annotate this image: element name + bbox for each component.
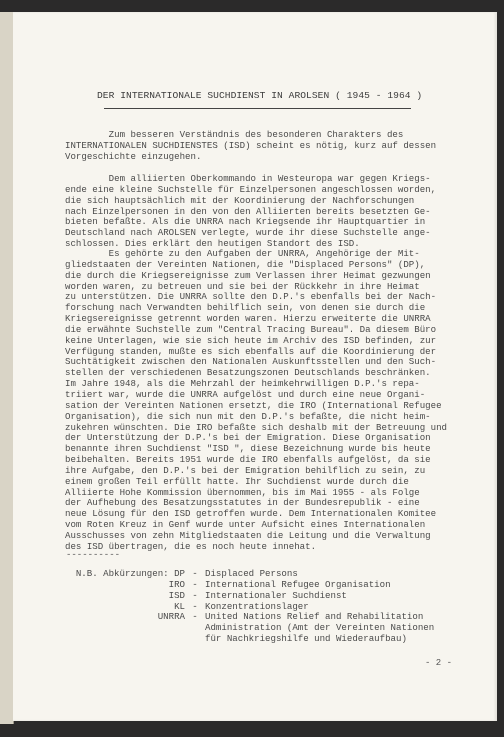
abbreviation-dash bbox=[185, 634, 205, 645]
abbreviation-term bbox=[65, 623, 185, 634]
abbreviation-term bbox=[65, 634, 185, 645]
text-line: Vorgeschichte einzugehen. bbox=[65, 152, 475, 163]
page-number: - 2 - bbox=[425, 658, 452, 668]
title-underline bbox=[104, 108, 411, 109]
adjacent-page-edge bbox=[0, 12, 14, 724]
abbreviation-term: UNRRA bbox=[65, 612, 185, 623]
abbreviation-definition: für Nachkriegshilfe und Wiederaufbau) bbox=[205, 634, 407, 645]
abbreviation-dash: - bbox=[185, 612, 205, 623]
abbreviations-list: N.B. Abkürzungen: DP-Displaced PersonsIR… bbox=[65, 569, 434, 645]
abbreviation-term: ISD bbox=[65, 591, 185, 602]
abbreviation-row: ISD-Internationaler Suchdienst bbox=[65, 591, 434, 602]
text-line: einem großen Teil erfüllt hatte. Ihr Suc… bbox=[65, 477, 475, 488]
abbreviation-dash bbox=[185, 623, 205, 634]
document-title: DER INTERNATIONALE SUCHDIENST IN AROLSEN… bbox=[97, 90, 422, 101]
paragraph-unrra-iro: Es gehörte zu den Aufgaben der UNRRA, An… bbox=[65, 249, 475, 553]
abbreviation-row: für Nachkriegshilfe und Wiederaufbau) bbox=[65, 634, 434, 645]
abbreviation-dash: - bbox=[185, 591, 205, 602]
text-line: die durch die Kriegsereignisse zum Verla… bbox=[65, 271, 475, 282]
paragraph-history: Dem alliierten Oberkommando in Westeurop… bbox=[65, 174, 475, 250]
text-line: keine Unterlagen, wie sie sich heute im … bbox=[65, 336, 475, 347]
paragraph-intro: Zum besseren Verständnis des besonderen … bbox=[65, 130, 475, 163]
abbreviation-term: N.B. Abkürzungen: DP bbox=[65, 569, 185, 580]
footnote-separator: ---------- bbox=[66, 550, 120, 560]
abbreviation-term: IRO bbox=[65, 580, 185, 591]
text-line: des ISD übertragen, die es noch heute in… bbox=[65, 542, 475, 553]
abbreviation-definition: Internationaler Suchdienst bbox=[205, 591, 347, 602]
text-line: Organisation), die sich nun mit den D.P.… bbox=[65, 412, 475, 423]
text-line: die sich hauptsächlich mit der Koordinie… bbox=[65, 196, 475, 207]
